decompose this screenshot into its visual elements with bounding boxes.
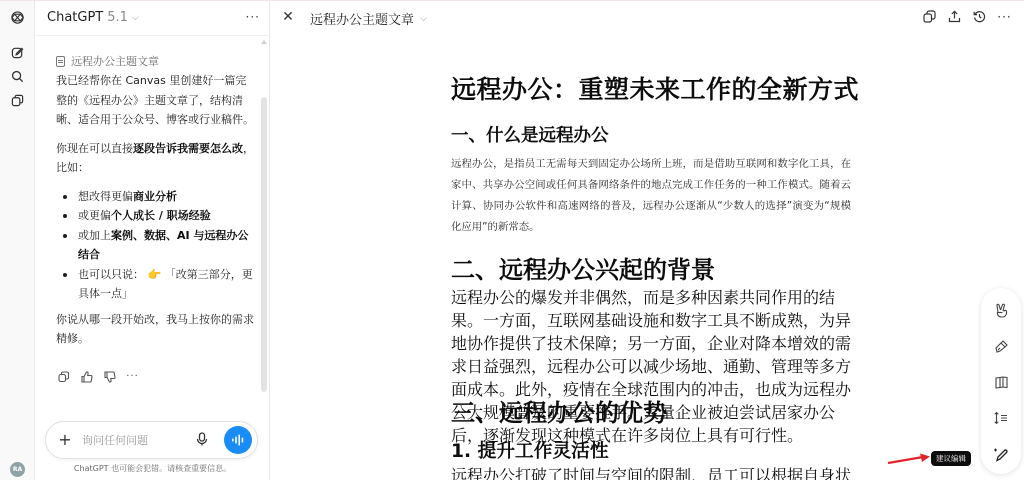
message-paragraph: 我已经帮你在 Canvas 里创建好一篇完整的《远程办公》主题文章了，结构清晰、… [56, 71, 256, 130]
message-actions: ··· [57, 370, 139, 383]
document-title: 远程办公：重塑未来工作的全新方式 [451, 70, 851, 110]
chat-header: ChatGPT 5.1 ⌵ ··· [35, 0, 270, 36]
polish-icon[interactable] [992, 337, 1010, 355]
window-top-border [0, 0, 1024, 1]
text: 想改得更偏 [78, 190, 133, 203]
thumbs-up-icon[interactable] [80, 370, 93, 383]
more-icon[interactable]: ··· [126, 370, 139, 383]
new-chat-icon[interactable] [9, 44, 26, 61]
document-icon [56, 56, 65, 67]
list-item: 或加上案例、数据、AI 与远程办公结合 [56, 226, 256, 265]
suggestion-list: 想改得更偏商业分析 或更偏个人成长 / 职场经验 或加上案例、数据、AI 与远程… [56, 187, 256, 304]
pointing-hand-icon: 👉 [148, 268, 162, 281]
document-section[interactable]: 三、远程办公的优势 1. 提升工作灵活性 远程办公打破了时间与空间的限制，员工可… [451, 393, 851, 480]
share-icon[interactable] [947, 9, 962, 24]
canvas-title[interactable]: 远程办公主题文章 ⌵ [310, 9, 427, 28]
copy-icon[interactable] [922, 9, 937, 24]
chevron-down-icon: ⌵ [132, 13, 139, 23]
assistant-message: 远程办公主题文章 我已经帮你在 Canvas 里创建好一篇完整的《远程办公》主题… [56, 52, 256, 358]
chevron-down-icon: ⌵ [420, 14, 427, 24]
voice-mode-button[interactable] [224, 426, 252, 454]
library-icon[interactable] [9, 92, 26, 109]
text: 也可以只说： [78, 268, 144, 281]
suggest-edits-icon[interactable] [992, 446, 1010, 464]
plus-icon[interactable]: + [58, 433, 72, 447]
model-name: ChatGPT [47, 10, 103, 25]
section-heading: 二、远程办公兴起的背景 [451, 250, 851, 285]
text: 或更偏 [78, 209, 111, 222]
message-paragraph: 你现在可以直接逐段告诉我需要怎么改，比如： [56, 139, 256, 178]
list-item: 或更偏个人成长 / 职场经验 [56, 206, 256, 226]
scroll-up-arrow[interactable] [261, 40, 267, 44]
message-paragraph: 你说从哪一段开始改，我马上按你的需求精修。 [56, 310, 256, 349]
close-canvas-button[interactable]: ✕ [280, 9, 296, 25]
tooltip-suggest-edits: 建议编辑 [931, 451, 971, 466]
thumbs-down-icon[interactable] [103, 370, 116, 383]
reading-level-icon[interactable] [992, 373, 1010, 391]
doc-reference-title: 远程办公主题文章 [71, 52, 159, 72]
chat-scrollbar[interactable] [261, 97, 267, 392]
canvas-title-text: 远程办公主题文章 [310, 9, 414, 28]
microphone-icon[interactable] [196, 432, 210, 448]
emoji-reaction-icon[interactable] [992, 302, 1010, 320]
more-icon[interactable]: ··· [997, 9, 1012, 24]
history-icon[interactable] [972, 9, 987, 24]
more-icon[interactable]: ··· [246, 10, 260, 24]
copy-icon[interactable] [57, 370, 70, 383]
openai-logo-icon[interactable] [9, 9, 26, 26]
section-heading: 三、远程办公的优势 [451, 393, 851, 428]
left-rail: RA [0, 0, 35, 480]
bold-text: 个人成长 / 职场经验 [111, 209, 211, 222]
section-heading: 一、什么是远程办公 [451, 122, 851, 150]
chat-panel: ChatGPT 5.1 ⌵ ··· 远程办公主题文章 我已经帮你在 Canvas… [35, 0, 270, 480]
avatar[interactable]: RA [10, 462, 25, 477]
disclaimer: ChatGPT 也可能会犯错。请核查重要信息。 [35, 463, 270, 474]
document-body[interactable]: 远程办公：重塑未来工作的全新方式 一、什么是远程办公 远程办公，是指员工无需每天… [451, 70, 851, 252]
canvas-doc-reference[interactable]: 远程办公主题文章 [56, 52, 256, 71]
list-item: 也可以只说： 👉 「改第三部分，更具体一点」 [56, 265, 256, 304]
model-switcher[interactable]: ChatGPT 5.1 ⌵ [47, 10, 139, 25]
search-icon[interactable] [9, 68, 26, 85]
composer: + [45, 421, 258, 459]
canvas-edit-toolbar [981, 288, 1021, 474]
length-adjust-icon[interactable] [992, 409, 1010, 427]
subsection-heading: 1. 提升工作灵活性 [451, 436, 851, 463]
section-paragraph: 远程办公打破了时间与空间的限制，员工可以根据自身状态灵活安排工作时间，在 [451, 463, 851, 480]
text: 你现在可以直接 [56, 142, 133, 155]
canvas-header-actions: ··· [922, 9, 1012, 24]
prompt-input[interactable] [82, 434, 192, 447]
canvas-panel: ✕ 远程办公主题文章 ⌵ ··· 远程办公：重塑未来工作的全新方式 一、什么是远… [270, 0, 1024, 480]
text: 或加上 [78, 229, 111, 242]
annotation-arrow-icon [887, 453, 931, 465]
model-version: 5.1 [107, 10, 128, 25]
bold-text: 商业分析 [133, 190, 177, 203]
bold-text: 逐段告诉我需要怎么改 [133, 142, 243, 155]
section-paragraph: 远程办公，是指员工无需每天到固定办公场所上班，而是借助互联网和数字化工具，在家中… [451, 154, 851, 238]
list-item: 想改得更偏商业分析 [56, 187, 256, 207]
